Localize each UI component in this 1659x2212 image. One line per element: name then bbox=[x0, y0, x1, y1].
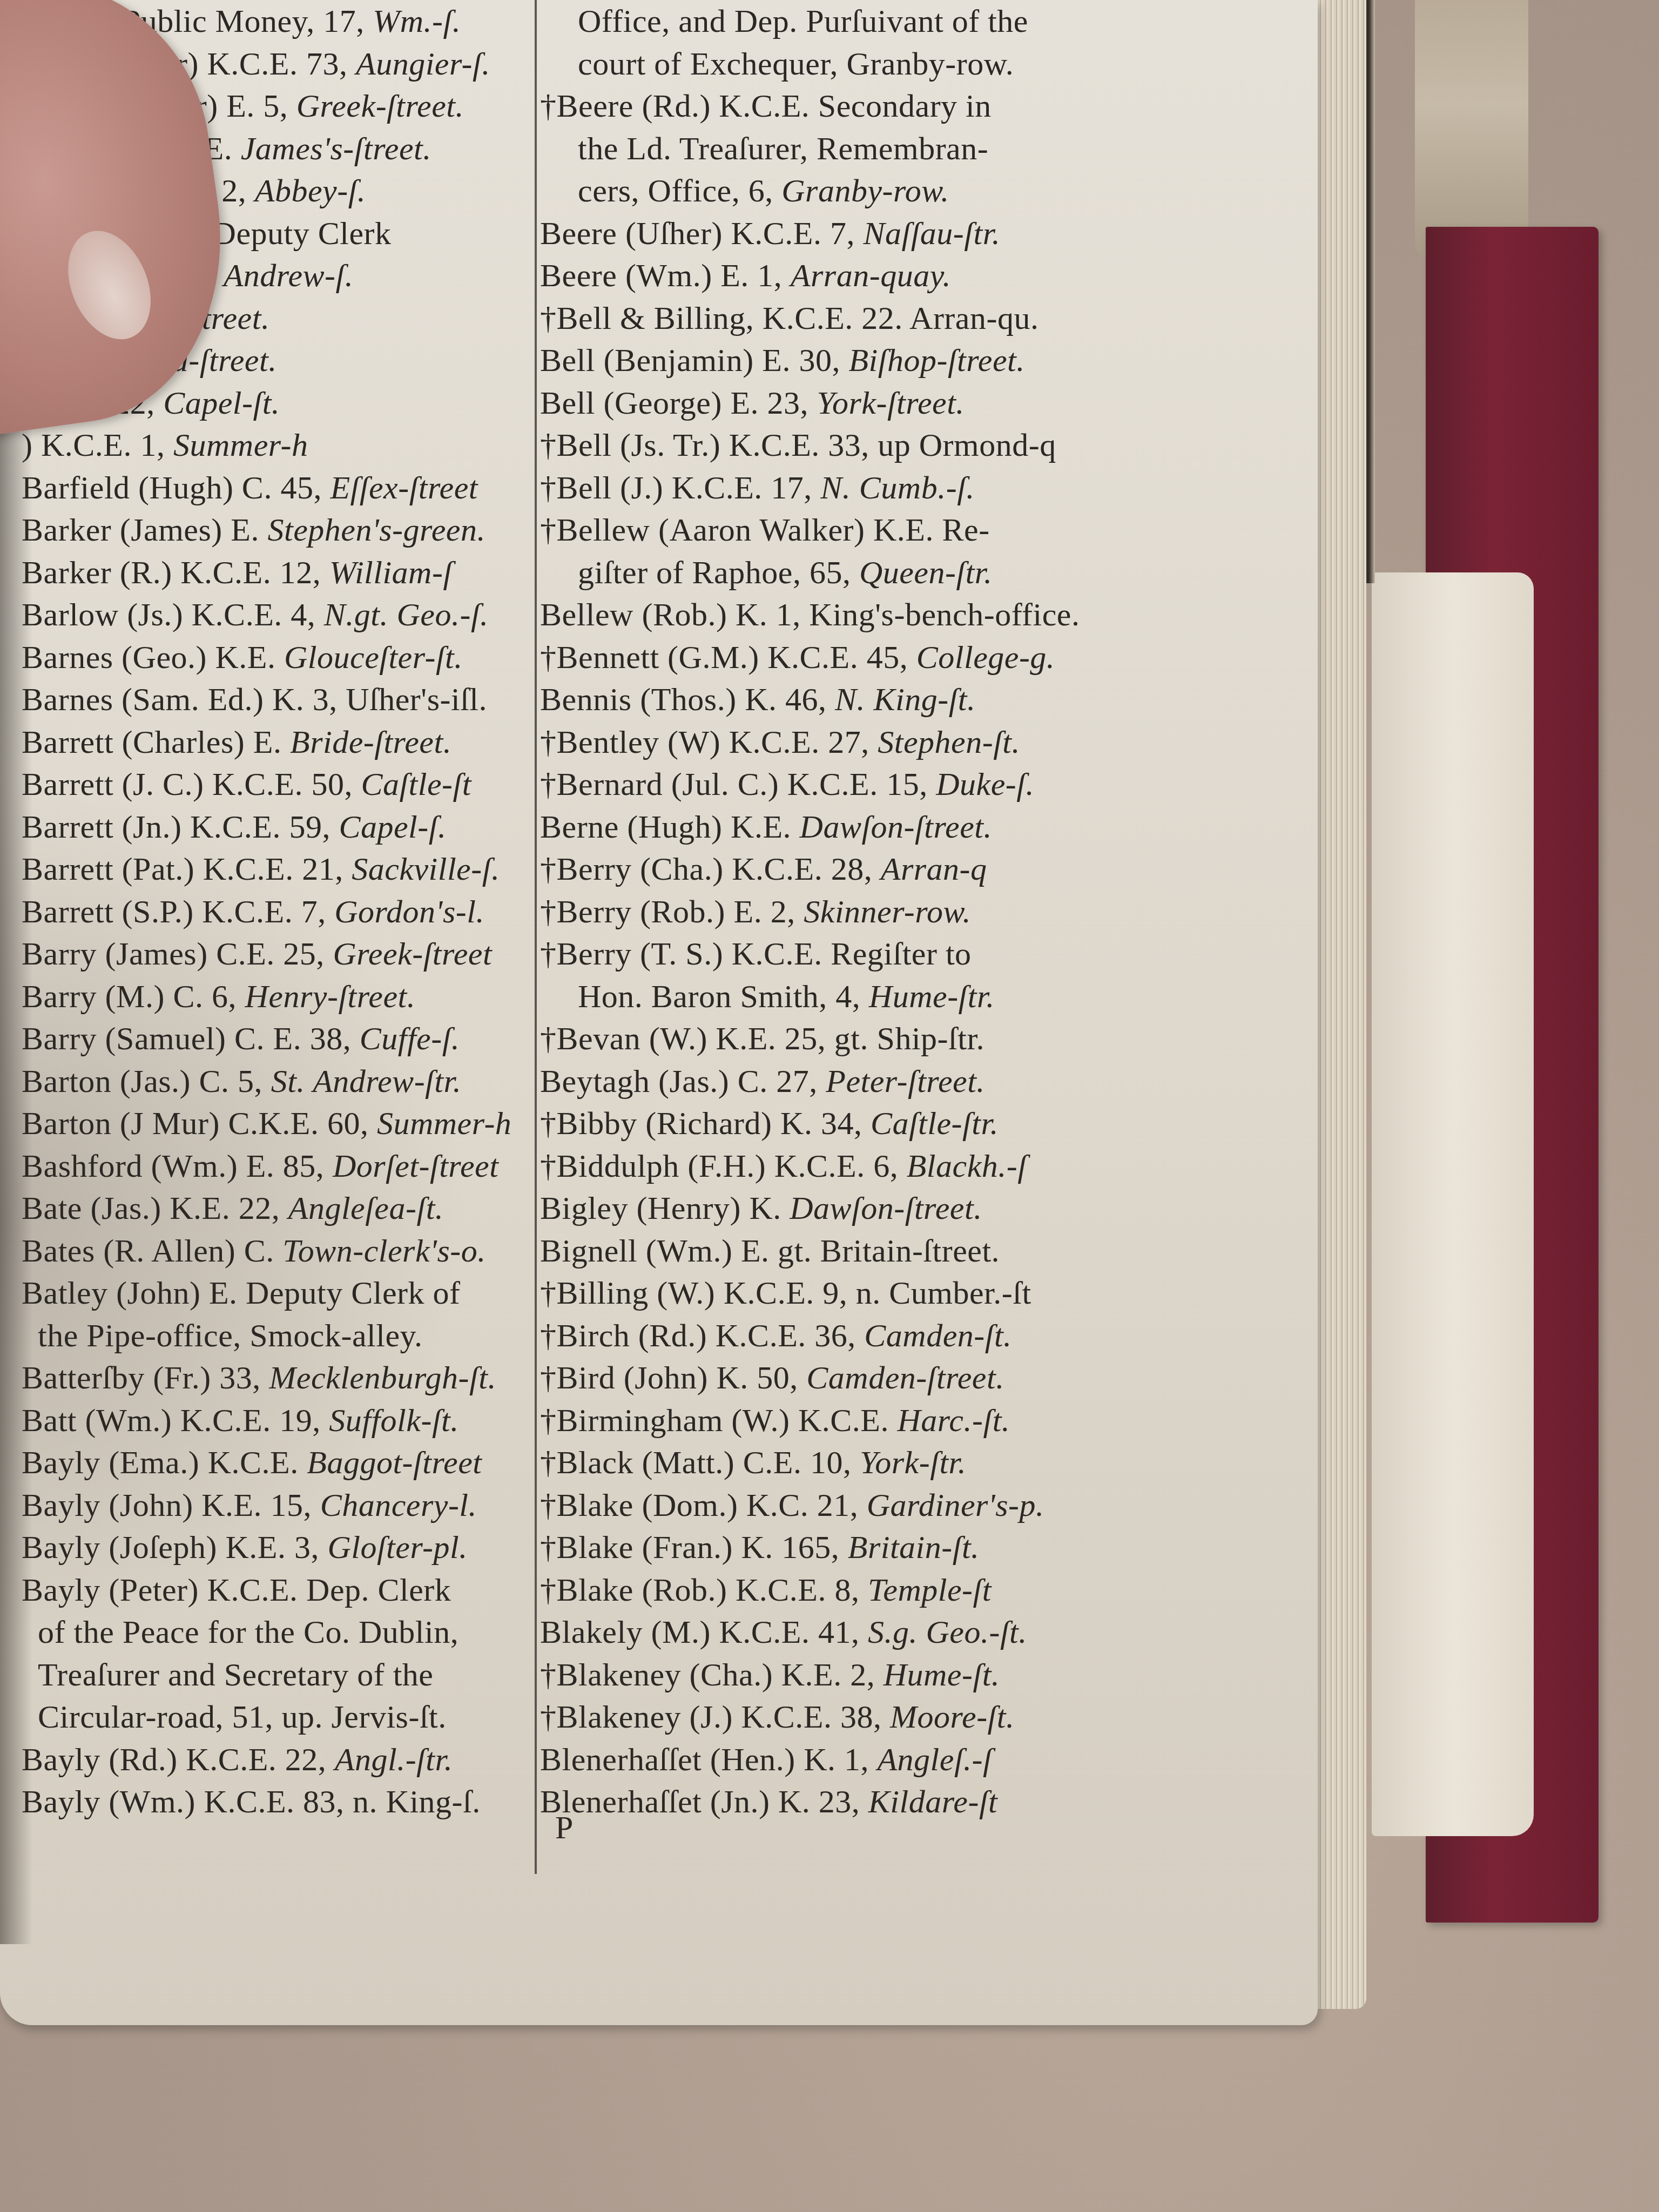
directory-entry-line: the Pipe-office, Smock-alley. bbox=[22, 1314, 540, 1357]
directory-entry-line: Treaſurer and Secretary of the bbox=[22, 1654, 540, 1696]
entry-text: Barnes (Geo.) K.E. bbox=[22, 639, 284, 675]
directory-entry-line: Bell (Benjamin) E. 30, Biſhop-ſtreet. bbox=[540, 339, 1177, 382]
street-address: Cuffe-ſ. bbox=[360, 1021, 460, 1056]
directory-entry-line: Barker (R.) K.C.E. 12, William-ſ bbox=[22, 551, 540, 594]
street-address: Britain-ſt. bbox=[848, 1529, 980, 1565]
street-address: N.gt. Geo.-ſ. bbox=[324, 597, 489, 632]
street-address: Hume-ſt. bbox=[884, 1657, 1000, 1692]
entry-text: Barry (M.) C. 6, bbox=[22, 979, 245, 1014]
street-address: Arran-q bbox=[881, 851, 987, 887]
directory-entry-line: †Bird (John) K. 50, Camden-ſtreet. bbox=[540, 1357, 1177, 1399]
entry-text: †Bentley (W) K.C.E. 27, bbox=[540, 724, 878, 760]
entry-text: †Birch (Rd.) K.C.E. 36, bbox=[540, 1318, 864, 1353]
street-address: St. Andrew-ſtr. bbox=[271, 1063, 462, 1099]
entry-text: Bayly (John) K.E. 15, bbox=[22, 1487, 320, 1523]
street-address: Harc.-ſt. bbox=[897, 1402, 1010, 1438]
street-address: Gardiner's-p. bbox=[867, 1487, 1044, 1523]
street-address: Greek-ſtreet. bbox=[296, 88, 464, 124]
entry-text: †Bennett (G.M.) K.C.E. 45, bbox=[540, 639, 916, 675]
street-address: Bride-ſtreet. bbox=[290, 724, 451, 760]
directory-entry-line: †Blakeney (Cha.) K.E. 2, Hume-ſt. bbox=[540, 1654, 1177, 1696]
street-address: Abbey-ſ. bbox=[255, 173, 366, 208]
entry-text: Bennis (Thos.) K. 46, bbox=[540, 682, 835, 717]
street-address: Aungier-ſ. bbox=[356, 46, 490, 82]
directory-entry-line: †Blakeney (J.) K.C.E. 38, Moore-ſt. bbox=[540, 1696, 1177, 1738]
directory-entry-line: †Bernard (Jul. C.) K.C.E. 15, Duke-ſ. bbox=[540, 763, 1177, 806]
entry-text: Berne (Hugh) K.E. bbox=[540, 809, 800, 845]
entry-text: Bayly (Rd.) K.C.E. 22, bbox=[22, 1742, 335, 1777]
directory-entry-line: Barlow (Js.) K.C.E. 4, N.gt. Geo.-ſ. bbox=[22, 594, 540, 636]
street-address: Glouceſter-ſt. bbox=[284, 639, 463, 675]
entry-text: Blakely (M.) K.C.E. 41, bbox=[540, 1614, 868, 1650]
street-address: Arran-quay. bbox=[791, 258, 951, 293]
street-address: Naſſau-ſtr. bbox=[863, 215, 1000, 251]
directory-entry-line: †Berry (T. S.) K.C.E. Regiſter to bbox=[540, 933, 1177, 975]
street-address: N. Cumb.-ſ. bbox=[820, 470, 975, 505]
entry-text: †Blake (Dom.) K.C. 21, bbox=[540, 1487, 867, 1523]
directory-entry-line: †Bellew (Aaron Walker) K.E. Re- bbox=[540, 509, 1177, 551]
directory-entry-line: Bigley (Henry) K. Dawſon-ſtreet. bbox=[540, 1187, 1177, 1230]
directory-entry-line: Bayly (Peter) K.C.E. Dep. Clerk bbox=[22, 1569, 540, 1611]
directory-entry-line: Barrett (S.P.) K.C.E. 7, Gordon's-l. bbox=[22, 891, 540, 933]
entry-text: Batt (Wm.) K.C.E. 19, bbox=[22, 1402, 329, 1438]
directory-entry-line: ) K.C.E. 1, Summer-h bbox=[22, 424, 540, 467]
directory-entry-line: Barnes (Sam. Ed.) K. 3, Uſher's-iſl. bbox=[22, 678, 540, 721]
directory-entry-line: †Bevan (W.) K.E. 25, gt. Ship-ſtr. bbox=[540, 1017, 1177, 1060]
entry-text: Bashford (Wm.) E. 85, bbox=[22, 1148, 333, 1184]
entry-text: †Blakeney (J.) K.C.E. 38, bbox=[540, 1699, 890, 1735]
street-address: Wm.-ſ. bbox=[373, 3, 461, 39]
entry-text: Hon. Baron Smith, 4, bbox=[578, 979, 869, 1014]
street-address: Temple-ſt bbox=[868, 1572, 992, 1608]
directory-entry-line: court of Exchequer, Granby-row. bbox=[540, 43, 1177, 85]
directory-entry-line: †Bell & Billing, K.C.E. 22. Arran-qu. bbox=[540, 297, 1177, 340]
right-column: Office, and Dep. Purſuivant of thecourt … bbox=[540, 0, 1177, 1823]
directory-entry-line: Bayly (Wm.) K.C.E. 83, n. King-ſ. bbox=[22, 1781, 540, 1823]
directory-entry-line: Barrett (Pat.) K.C.E. 21, Sackville-ſ. bbox=[22, 848, 540, 891]
entry-text: Beere (Uſher) K.C.E. 7, bbox=[540, 215, 863, 251]
street-address: William-ſ bbox=[329, 555, 453, 590]
street-address: Dorſet-ſtreet bbox=[333, 1148, 499, 1184]
street-address: Queen-ſtr. bbox=[859, 555, 993, 590]
street-address: Dawſon-ſtreet. bbox=[800, 809, 992, 845]
directory-entry-line: Berne (Hugh) K.E. Dawſon-ſtreet. bbox=[540, 806, 1177, 848]
directory-entry-line: Bellew (Rob.) K. 1, King's-bench-office. bbox=[540, 594, 1177, 636]
street-address: Dawſon-ſtreet. bbox=[790, 1190, 982, 1226]
entry-text: †Biddulph (F.H.) K.C.E. 6, bbox=[540, 1148, 907, 1184]
directory-entry-line: †Blake (Dom.) K.C. 21, Gardiner's-p. bbox=[540, 1484, 1177, 1527]
directory-entry-line: †Bell (J.) K.C.E. 17, N. Cumb.-ſ. bbox=[540, 467, 1177, 509]
directory-entry-line: †Beere (Rd.) K.C.E. Secondary in bbox=[540, 85, 1177, 127]
street-address: Capel-ſt. bbox=[163, 385, 280, 421]
street-address: Stephen-ſt. bbox=[878, 724, 1020, 760]
street-address: Camden-ſt. bbox=[864, 1318, 1011, 1353]
street-address: Capel-ſ. bbox=[339, 809, 446, 845]
directory-entry-line: Bashford (Wm.) E. 85, Dorſet-ſtreet bbox=[22, 1145, 540, 1188]
directory-entry-line: Bayly (Rd.) K.C.E. 22, Angl.-ſtr. bbox=[22, 1738, 540, 1781]
directory-entry-line: Blenerhaſſet (Jn.) K. 23, Kildare-ſt bbox=[540, 1781, 1177, 1823]
directory-entry-line: Barry (James) C.E. 25, Greek-ſtreet bbox=[22, 933, 540, 975]
street-address: Angleſ.-ſ bbox=[877, 1742, 992, 1777]
entry-text: †Bernard (Jul. C.) K.C.E. 15, bbox=[540, 766, 936, 802]
street-address: Gloſter-pl. bbox=[327, 1529, 467, 1565]
entry-text: Bates (R. Allen) C. bbox=[22, 1233, 282, 1269]
directory-entry-line: Bate (Jas.) K.E. 22, Angleſea-ſt. bbox=[22, 1187, 540, 1230]
directory-entry-line: Barker (James) E. Stephen's-green. bbox=[22, 509, 540, 551]
directory-entry-line: Barry (Samuel) C. E. 38, Cuffe-ſ. bbox=[22, 1017, 540, 1060]
entry-text: Barker (James) E. bbox=[22, 512, 267, 548]
directory-entry-line: Barton (J Mur) C.K.E. 60, Summer-h bbox=[22, 1102, 540, 1145]
street-address: Greek-ſtreet bbox=[333, 936, 492, 972]
directory-entry-line: Beere (Wm.) E. 1, Arran-quay. bbox=[540, 254, 1177, 297]
entry-text: Barry (Samuel) C. E. 38, bbox=[22, 1021, 360, 1056]
directory-entry-line: †Black (Matt.) C.E. 10, York-ſtr. bbox=[540, 1441, 1177, 1484]
entry-text: Barrett (S.P.) K.C.E. 7, bbox=[22, 894, 334, 929]
directory-entry-line: Circular-road, 51, up. Jervis-ſt. bbox=[22, 1696, 540, 1738]
street-address: Caſtle-ſtr. bbox=[871, 1105, 999, 1141]
street-address: Baggot-ſtreet bbox=[307, 1445, 482, 1480]
entry-text: †Berry (Rob.) E. 2, bbox=[540, 894, 804, 929]
directory-entry-line: Beytagh (Jas.) C. 27, Peter-ſtreet. bbox=[540, 1060, 1177, 1103]
fingernail bbox=[52, 218, 166, 352]
entry-text: Beytagh (Jas.) C. 27, bbox=[540, 1063, 826, 1099]
directory-entry-line: Bayly (Joſeph) K.E. 3, Gloſter-pl. bbox=[22, 1526, 540, 1569]
directory-entry-line: Barry (M.) C. 6, Henry-ſtreet. bbox=[22, 975, 540, 1018]
street-address: Hume-ſtr. bbox=[869, 979, 995, 1014]
sheet-signature: P bbox=[555, 1809, 573, 1846]
street-address: Town-clerk's-o. bbox=[282, 1233, 485, 1269]
directory-entry-line: Beere (Uſher) K.C.E. 7, Naſſau-ſtr. bbox=[540, 212, 1177, 255]
entry-text: †Bird (John) K. 50, bbox=[540, 1360, 806, 1395]
street-address: Peter-ſtreet. bbox=[826, 1063, 985, 1099]
entry-text: cers, Office, 6, bbox=[578, 173, 781, 208]
entry-text: giſter of Raphoe, 65, bbox=[578, 555, 859, 590]
entry-text: Barfield (Hugh) C. 45, bbox=[22, 470, 330, 505]
directory-entry-line: †Berry (Rob.) E. 2, Skinner-row. bbox=[540, 891, 1177, 933]
directory-entry-line: Office, and Dep. Purſuivant of the bbox=[540, 0, 1177, 43]
entry-text: †Blake (Fran.) K. 165, bbox=[540, 1529, 848, 1565]
entry-text: Barrett (Jn.) K.C.E. 59, bbox=[22, 809, 339, 845]
street-address: Caſtle-ſt bbox=[361, 766, 471, 802]
directory-entry-line: cers, Office, 6, Granby-row. bbox=[540, 170, 1177, 212]
directory-entry-line: †Bibby (Richard) K. 34, Caſtle-ſtr. bbox=[540, 1102, 1177, 1145]
street-address: Mecklenburgh-ſt. bbox=[269, 1360, 496, 1395]
entry-text: Bate (Jas.) K.E. 22, bbox=[22, 1190, 288, 1226]
entry-text: †Blake (Rob.) K.C.E. 8, bbox=[540, 1572, 868, 1608]
directory-entry-line: Barton (Jas.) C. 5, St. Andrew-ſtr. bbox=[22, 1060, 540, 1103]
directory-entry-line: †Berry (Cha.) K.C.E. 28, Arran-q bbox=[540, 848, 1177, 891]
entry-text: †Birmingham (W.) K.C.E. bbox=[540, 1402, 897, 1438]
street-address: Angleſea-ſt. bbox=[288, 1190, 444, 1226]
street-address: Summer-h bbox=[377, 1105, 511, 1141]
directory-entry-line: †Blake (Fran.) K. 165, Britain-ſt. bbox=[540, 1526, 1177, 1569]
entry-text: Beere (Wm.) E. 1, bbox=[540, 258, 791, 293]
street-address: York-ſtr. bbox=[860, 1445, 966, 1480]
street-address: Kildare-ſt bbox=[868, 1784, 997, 1819]
directory-entry-line: †Bentley (W) K.C.E. 27, Stephen-ſt. bbox=[540, 721, 1177, 764]
street-address: Moore-ſt. bbox=[890, 1699, 1015, 1735]
directory-entry-line: †Bell (Js. Tr.) K.C.E. 33, up Ormond-q bbox=[540, 424, 1177, 467]
entry-text: Batterſby (Fr.) 33, bbox=[22, 1360, 269, 1395]
street-address: Granby-row. bbox=[781, 173, 949, 208]
directory-entry-line: Barnes (Geo.) K.E. Glouceſter-ſt. bbox=[22, 636, 540, 679]
street-address: Camden-ſtreet. bbox=[806, 1360, 1004, 1395]
directory-entry-line: Barrett (J. C.) K.C.E. 50, Caſtle-ſt bbox=[22, 763, 540, 806]
directory-entry-line: Batterſby (Fr.) 33, Mecklenburgh-ſt. bbox=[22, 1357, 540, 1399]
entry-text: Barlow (Js.) K.C.E. 4, bbox=[22, 597, 324, 632]
entry-text: †Blakeney (Cha.) K.E. 2, bbox=[540, 1657, 884, 1692]
entry-text: Barrett (Pat.) K.C.E. 21, bbox=[22, 851, 352, 887]
entry-text: †Black (Matt.) C.E. 10, bbox=[540, 1445, 860, 1480]
entry-text: Barton (J Mur) C.K.E. 60, bbox=[22, 1105, 377, 1141]
street-address: Angl.-ſtr. bbox=[335, 1742, 453, 1777]
entry-text: Barrett (J. C.) K.C.E. 50, bbox=[22, 766, 361, 802]
entry-text: ) K.C.E. 1, bbox=[22, 427, 173, 463]
entry-text: Bayly (Ema.) K.C.E. bbox=[22, 1445, 307, 1480]
entry-text: Bayly (Joſeph) K.E. 3, bbox=[22, 1529, 327, 1565]
entry-text: Barrett (Charles) E. bbox=[22, 724, 290, 760]
street-address: Eſſex-ſtreet bbox=[330, 470, 478, 505]
street-address: N. King-ſt. bbox=[835, 682, 976, 717]
entry-text: Bigley (Henry) K. bbox=[540, 1190, 790, 1226]
street-address: Biſhop-ſtreet. bbox=[848, 342, 1024, 378]
directory-entry-line: Barfield (Hugh) C. 45, Eſſex-ſtreet bbox=[22, 467, 540, 509]
street-address: Henry-ſtreet. bbox=[245, 979, 415, 1014]
column-divider-rule bbox=[535, 0, 537, 1874]
directory-entry-line: Barrett (Charles) E. Bride-ſtreet. bbox=[22, 721, 540, 764]
directory-entry-line: of the Peace for the Co. Dublin, bbox=[22, 1611, 540, 1654]
directory-entry-line: Bayly (Ema.) K.C.E. Baggot-ſtreet bbox=[22, 1441, 540, 1484]
street-address: York-ſtreet. bbox=[817, 385, 965, 421]
entry-text: †Bibby (Richard) K. 34, bbox=[540, 1105, 871, 1141]
entry-text: Barker (R.) K.C.E. 12, bbox=[22, 555, 329, 590]
directory-entry-line: the Ld. Treaſurer, Remembran- bbox=[540, 127, 1177, 170]
street-address: Chancery-l. bbox=[320, 1487, 477, 1523]
directory-entry-line: giſter of Raphoe, 65, Queen-ſtr. bbox=[540, 551, 1177, 594]
street-address: Gordon's-l. bbox=[334, 894, 484, 929]
entry-text: Bell (George) E. 23, bbox=[540, 385, 817, 421]
endpaper bbox=[1372, 572, 1534, 1836]
street-address: Summer-h bbox=[173, 427, 308, 463]
entry-text: Barry (James) C.E. 25, bbox=[22, 936, 333, 972]
street-address: Sackville-ſ. bbox=[352, 851, 500, 887]
street-address: S.g. Geo.-ſt. bbox=[868, 1614, 1027, 1650]
directory-entry-line: Barrett (Jn.) K.C.E. 59, Capel-ſ. bbox=[22, 806, 540, 848]
directory-entry-line: Bennis (Thos.) K. 46, N. King-ſt. bbox=[540, 678, 1177, 721]
street-address: Stephen's-green. bbox=[267, 512, 485, 548]
directory-entry-line: Blenerhaſſet (Hen.) K. 1, Angleſ.-ſ bbox=[540, 1738, 1177, 1781]
directory-entry-line: †Birmingham (W.) K.C.E. Harc.-ſt. bbox=[540, 1399, 1177, 1442]
street-address: James's-ſtreet. bbox=[241, 131, 431, 166]
street-address: Suffolk-ſt. bbox=[329, 1402, 458, 1438]
entry-text: †Bell (J.) K.C.E. 17, bbox=[540, 470, 820, 505]
entry-text: Bell (Benjamin) E. 30, bbox=[540, 342, 848, 378]
directory-entry-line: †Billing (W.) K.C.E. 9, n. Cumber.-ſt bbox=[540, 1272, 1177, 1314]
entry-text: †Berry (Cha.) K.C.E. 28, bbox=[540, 851, 881, 887]
street-address: College-g. bbox=[916, 639, 1055, 675]
directory-entry-line: Bates (R. Allen) C. Town-clerk's-o. bbox=[22, 1230, 540, 1272]
directory-entry-line: †Blake (Rob.) K.C.E. 8, Temple-ſt bbox=[540, 1569, 1177, 1611]
directory-entry-line: †Bennett (G.M.) K.C.E. 45, College-g. bbox=[540, 636, 1177, 679]
entry-text: Blenerhaſſet (Jn.) K. 23, bbox=[540, 1784, 868, 1819]
directory-entry-line: Bignell (Wm.) E. gt. Britain-ſtreet. bbox=[540, 1230, 1177, 1272]
directory-entry-line: †Biddulph (F.H.) K.C.E. 6, Blackh.-ſ bbox=[540, 1145, 1177, 1188]
street-address: Skinner-row. bbox=[804, 894, 971, 929]
entry-text: Blenerhaſſet (Hen.) K. 1, bbox=[540, 1742, 877, 1777]
directory-entry-line: Hon. Baron Smith, 4, Hume-ſtr. bbox=[540, 975, 1177, 1018]
directory-entry-line: Batt (Wm.) K.C.E. 19, Suffolk-ſt. bbox=[22, 1399, 540, 1442]
worn-cover-corner bbox=[1415, 0, 1528, 259]
street-address: Duke-ſ. bbox=[936, 766, 1034, 802]
directory-entry-line: Bayly (John) K.E. 15, Chancery-l. bbox=[22, 1484, 540, 1527]
street-address: Blackh.-ſ bbox=[907, 1148, 1027, 1184]
entry-text: Barton (Jas.) C. 5, bbox=[22, 1063, 271, 1099]
directory-entry-line: Batley (John) E. Deputy Clerk of bbox=[22, 1272, 540, 1314]
directory-entry-line: †Birch (Rd.) K.C.E. 36, Camden-ſt. bbox=[540, 1314, 1177, 1357]
directory-entry-line: Blakely (M.) K.C.E. 41, S.g. Geo.-ſt. bbox=[540, 1611, 1177, 1654]
directory-entry-line: Bell (George) E. 23, York-ſtreet. bbox=[540, 382, 1177, 424]
